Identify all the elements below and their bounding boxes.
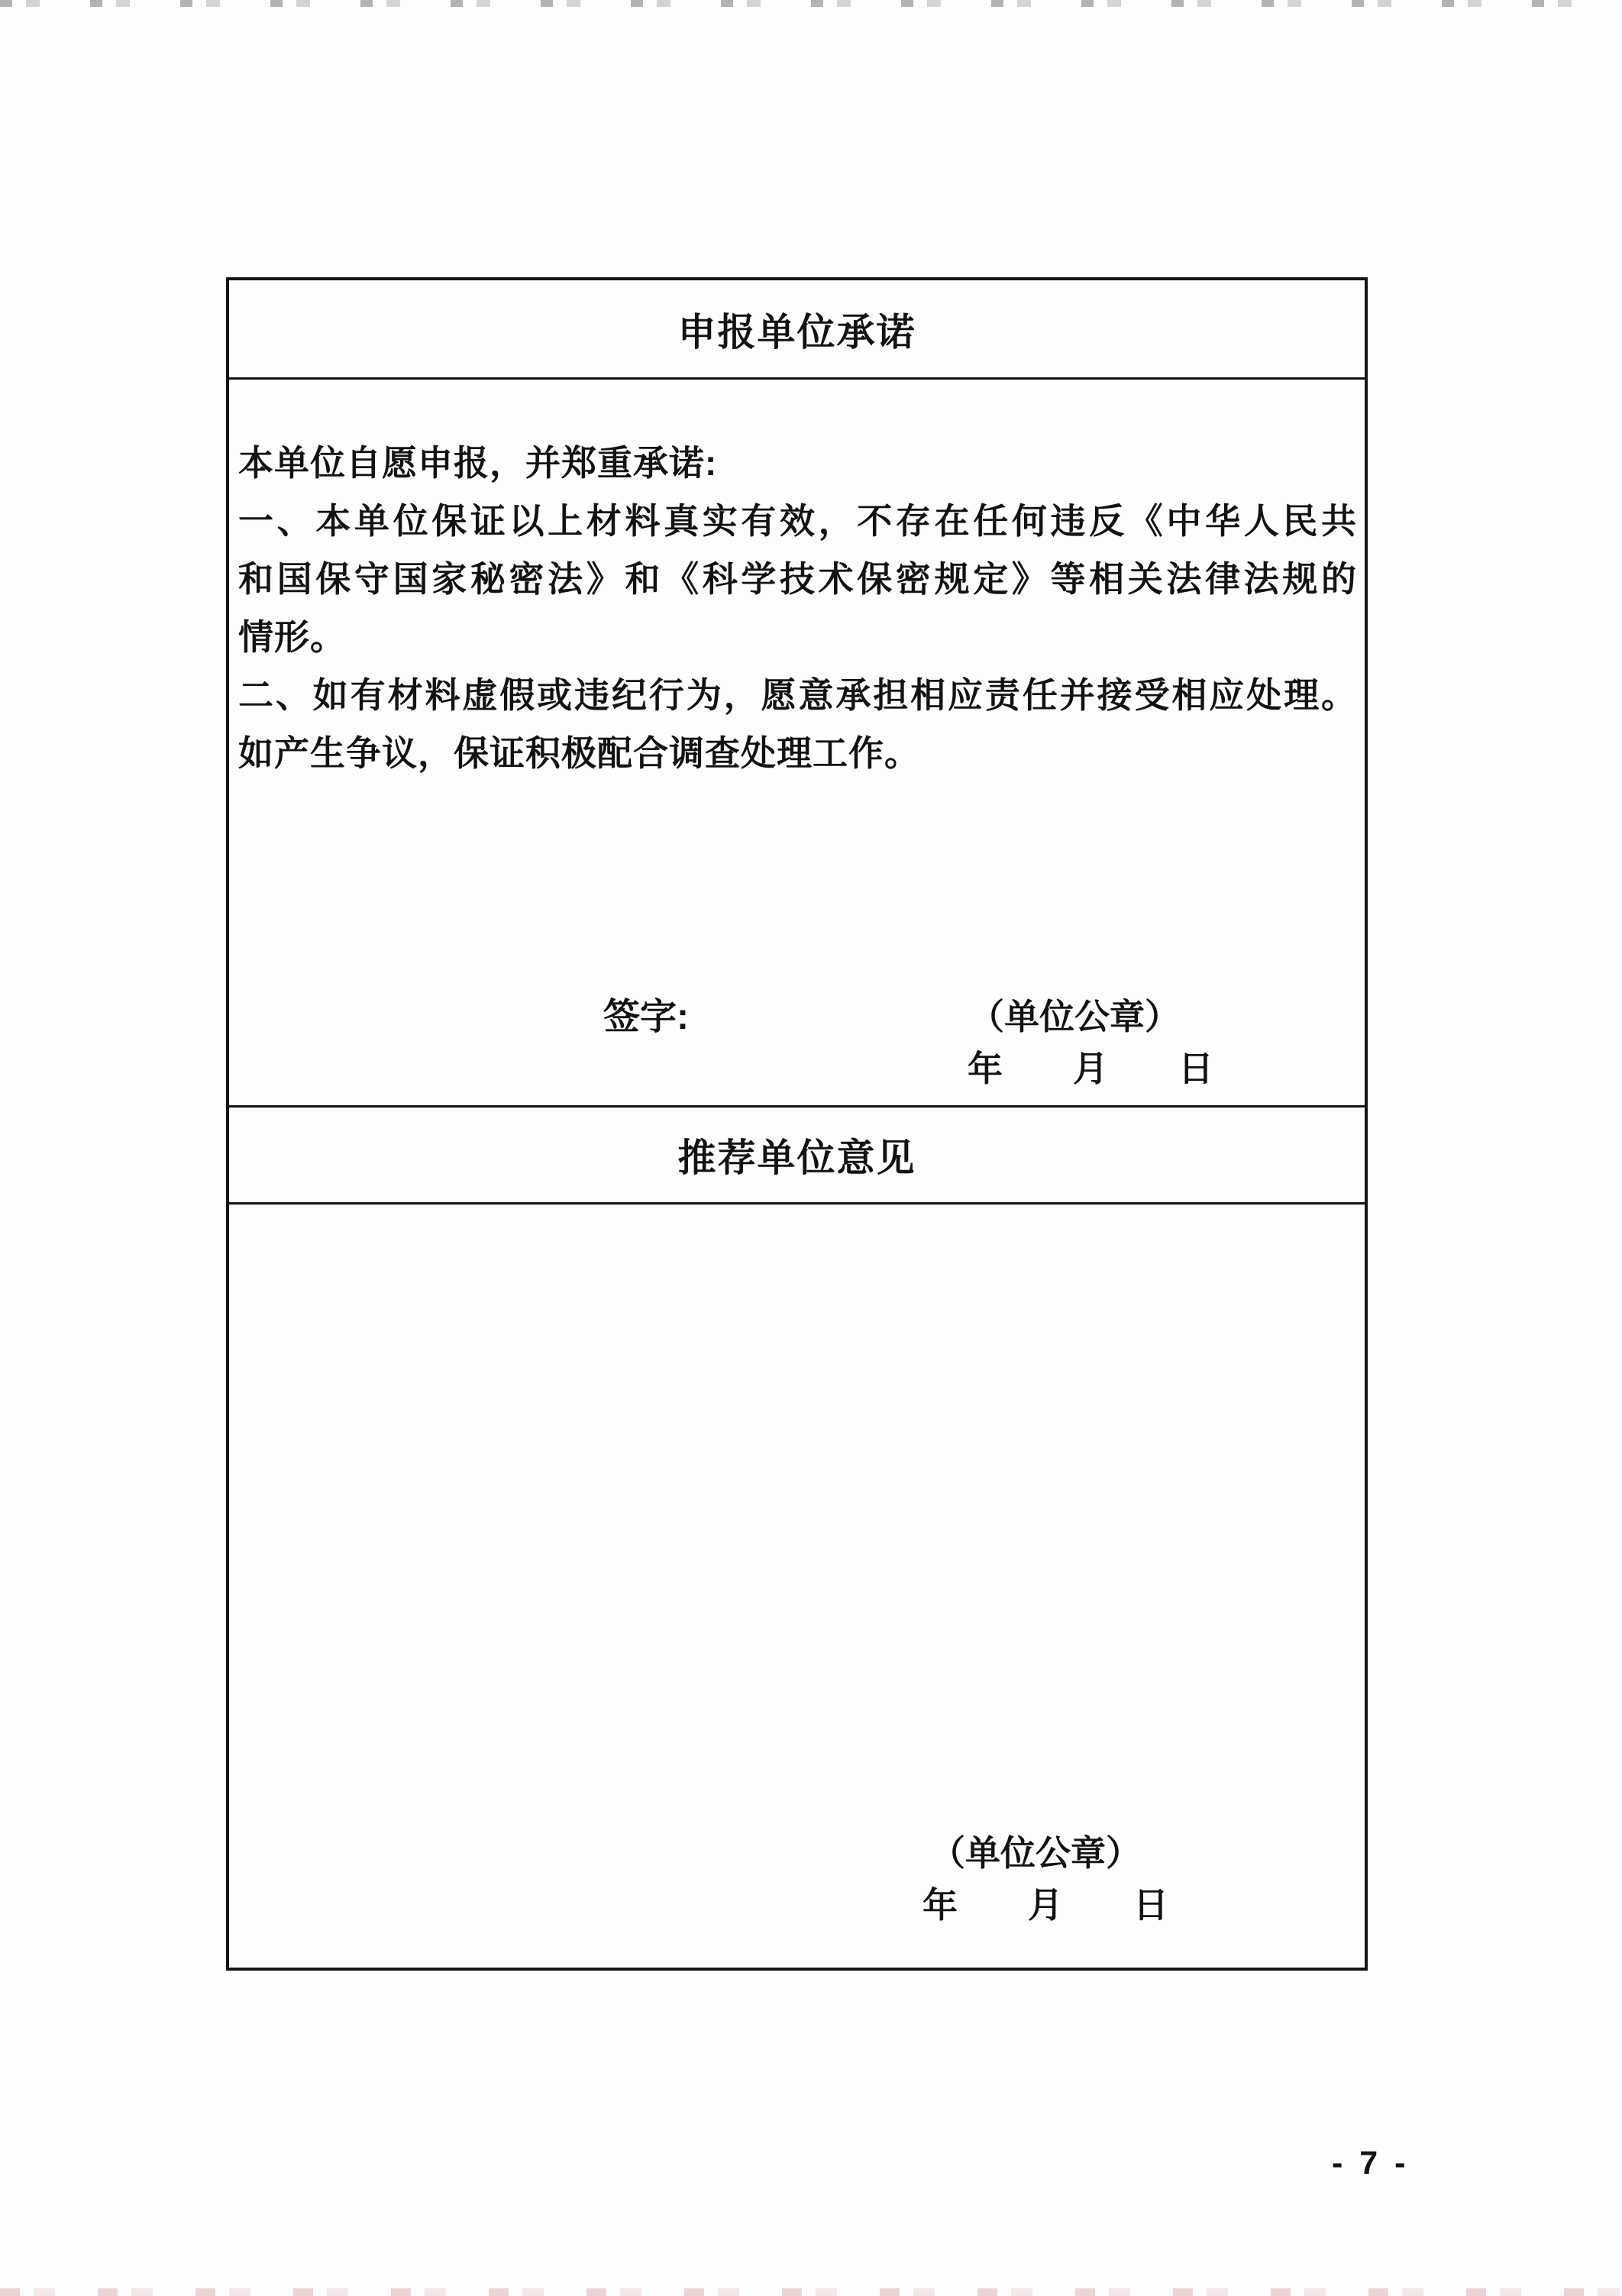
recommendation-body-cell: （单位公章） 年 月 日 xyxy=(229,1205,1365,1968)
declaration-header-cell: 申报单位承诺 xyxy=(229,280,1365,380)
page-number: - 7 - xyxy=(1332,2145,1409,2182)
commitment-paragraph: 本单位自愿申报，并郑重承诺: 一、本单位保证以上材料真实有效，不存在任何违反《中… xyxy=(238,434,1357,782)
scan-artifact-top xyxy=(0,0,1622,7)
commitment-line: 本单位自愿申报，并郑重承诺: xyxy=(238,434,1357,492)
commitment-line: 和国保守国家秘密法》和《科学技术保密规定》等相关法律法规的 xyxy=(238,550,1357,608)
declaration-form-table: 申报单位承诺 本单位自愿申报，并郑重承诺: 一、本单位保证以上材料真实有效，不存… xyxy=(226,277,1368,1971)
recommendation-title: 推荐单位意见 xyxy=(678,1127,916,1182)
date-year-month-day-label: 年 月 日 xyxy=(968,1051,1213,1086)
scan-artifact-bottom xyxy=(0,2288,1622,2296)
date-year-month-day-label: 年 月 日 xyxy=(922,1887,1168,1922)
commitment-line: 二、如有材料虚假或违纪行为，愿意承担相应责任并接受相应处理。 xyxy=(238,666,1357,724)
declaration-body-cell: 本单位自愿申报，并郑重承诺: 一、本单位保证以上材料真实有效，不存在任何违反《中… xyxy=(229,380,1365,1108)
commitment-line: 一、本单位保证以上材料真实有效，不存在任何违反《中华人民共 xyxy=(238,492,1357,550)
unit-seal-label: （单位公章） xyxy=(930,1835,1141,1871)
scanned-form-page: 申报单位承诺 本单位自愿申报，并郑重承诺: 一、本单位保证以上材料真实有效，不存… xyxy=(0,0,1622,2296)
signature-label: 签字: xyxy=(603,999,689,1036)
commitment-line: 如产生争议，保证积极配合调查处理工作。 xyxy=(238,724,1357,782)
declaration-title: 申报单位承诺 xyxy=(678,302,916,357)
commitment-line: 情形。 xyxy=(238,608,1357,666)
unit-seal-label: （单位公章） xyxy=(969,999,1180,1034)
recommendation-header-cell: 推荐单位意见 xyxy=(229,1108,1365,1205)
